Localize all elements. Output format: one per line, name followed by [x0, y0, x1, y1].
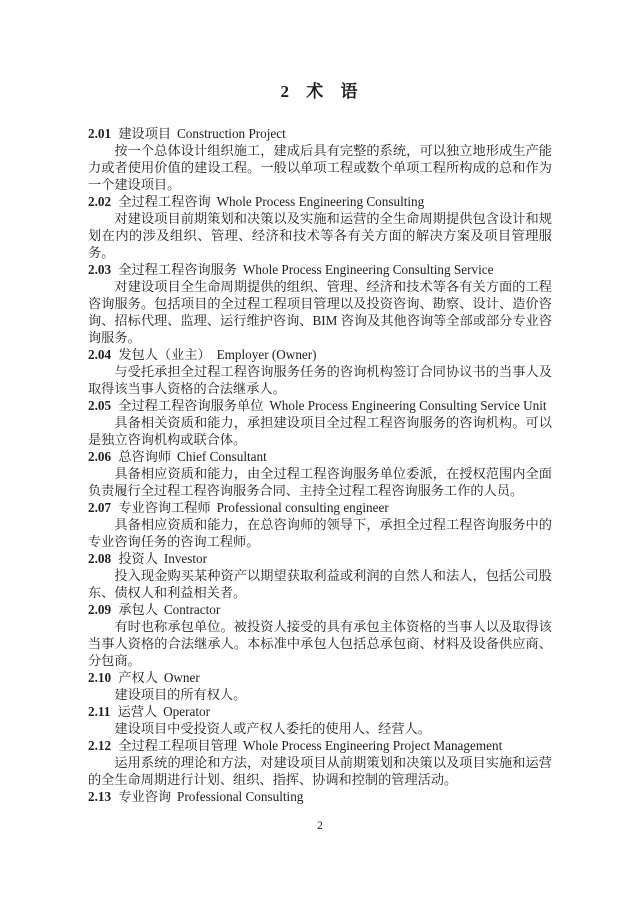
- term-number: 2.02: [88, 194, 111, 209]
- term-heading: 2.01建设项目Construction Project: [88, 125, 552, 142]
- term-definition: 具备相关资质和能力，承担建设项目全过程工程咨询服务的咨询机构。可以是独立咨询机构…: [88, 414, 552, 448]
- term-definition: 对建设项目前期策划和决策以及实施和运营的全生命周期提供包含设计和规划在内的涉及组…: [88, 210, 552, 261]
- term-name-en: Whole Process Engineering Consulting Ser…: [269, 398, 546, 413]
- term-number: 2.08: [88, 551, 111, 566]
- term-section-2-01: 2.01建设项目Construction Project 按一个总体设计组织施工…: [88, 125, 552, 193]
- term-heading: 2.09承包人Contractor: [88, 601, 552, 618]
- term-number: 2.07: [88, 500, 111, 515]
- term-definition: 建设项目的所有权人。: [88, 686, 552, 703]
- term-heading: 2.07专业咨询工程师Professional consulting engin…: [88, 499, 552, 516]
- term-name-cn: 运营人: [118, 704, 158, 719]
- term-definition: 具备相应资质和能力，在总咨询师的领导下，承担全过程工程咨询服务中的专业咨询任务的…: [88, 516, 552, 550]
- term-name-en: Employer (Owner): [217, 347, 317, 362]
- term-section-2-06: 2.06总咨询师Chief Consultant 具备相应资质和能力，由全过程工…: [88, 448, 552, 499]
- term-number: 2.10: [88, 670, 111, 685]
- term-definition: 对建设项目全生命周期提供的组织、管理、经济和技术等各有关方面的工程咨询服务。包括…: [88, 278, 552, 346]
- term-section-2-04: 2.04发包人（业主）Employer (Owner) 与受托承担全过程工程咨询…: [88, 346, 552, 397]
- term-name-cn: 总咨询师: [118, 449, 171, 464]
- term-section-2-11: 2.11运营人Operator 建设项目中受投资人或产权人委托的使用人、经营人。: [88, 703, 552, 737]
- term-section-2-12: 2.12全过程工程项目管理Whole Process Engineering P…: [88, 737, 552, 788]
- term-name-en: Whole Process Engineering Project Manage…: [243, 738, 502, 753]
- term-heading: 2.11运营人Operator: [88, 703, 552, 720]
- term-number: 2.09: [88, 602, 111, 617]
- term-section-2-07: 2.07专业咨询工程师Professional consulting engin…: [88, 499, 552, 550]
- term-name-en: Chief Consultant: [177, 449, 267, 464]
- term-name-cn: 投资人: [118, 551, 158, 566]
- term-name-cn: 发包人（业主）: [118, 347, 210, 362]
- term-number: 2.13: [88, 789, 111, 804]
- chapter-title: 2 术 语: [88, 82, 552, 102]
- term-section-2-10: 2.10产权人Owner 建设项目的所有权人。: [88, 669, 552, 703]
- term-section-2-05: 2.05全过程工程咨询服务单位Whole Process Engineering…: [88, 397, 552, 448]
- document-page: 2 术 语 2.01建设项目Construction Project 按一个总体…: [0, 0, 640, 905]
- term-name-en: Construction Project: [177, 126, 286, 141]
- term-number: 2.01: [88, 126, 111, 141]
- term-number: 2.03: [88, 262, 111, 277]
- term-section-2-09: 2.09承包人Contractor 有时也称承包单位。被投资人接受的具有承包主体…: [88, 601, 552, 669]
- term-definition: 具备相应资质和能力，由全过程工程咨询服务单位委派，在授权范围内全面负责履行全过程…: [88, 465, 552, 499]
- page-number: 2: [88, 819, 552, 833]
- term-number: 2.04: [88, 347, 111, 362]
- term-name-en: Investor: [164, 551, 207, 566]
- term-name-cn: 产权人: [118, 670, 158, 685]
- term-definition: 运用系统的理论和方法，对建设项目从前期策划和决策以及项目实施和运营的全生命周期进…: [88, 754, 552, 788]
- term-heading: 2.03全过程工程咨询服务Whole Process Engineering C…: [88, 261, 552, 278]
- term-number: 2.12: [88, 738, 111, 753]
- term-name-en: Operator: [163, 704, 210, 719]
- term-number: 2.11: [88, 704, 110, 719]
- term-heading: 2.06总咨询师Chief Consultant: [88, 448, 552, 465]
- term-heading: 2.04发包人（业主）Employer (Owner): [88, 346, 552, 363]
- term-section-2-13: 2.13专业咨询Professional Consulting: [88, 788, 552, 805]
- term-heading: 2.13专业咨询Professional Consulting: [88, 788, 552, 805]
- term-heading: 2.08投资人Investor: [88, 550, 552, 567]
- term-name-cn: 专业咨询工程师: [118, 500, 210, 515]
- term-section-2-02: 2.02全过程工程咨询Whole Process Engineering Con…: [88, 193, 552, 261]
- term-section-2-03: 2.03全过程工程咨询服务Whole Process Engineering C…: [88, 261, 552, 346]
- term-definition: 投入现金购买某种资产以期望获取利益或利润的自然人和法人，包括公司股东、债权人和利…: [88, 567, 552, 601]
- term-name-en: Professional Consulting: [177, 789, 303, 804]
- term-name-cn: 全过程工程项目管理: [118, 738, 237, 753]
- term-section-2-08: 2.08投资人Investor 投入现金购买某种资产以期望获取利益或利润的自然人…: [88, 550, 552, 601]
- term-name-cn: 全过程工程咨询服务单位: [118, 398, 263, 413]
- term-definition: 与受托承担全过程工程咨询服务任务的咨询机构签订合同协议书的当事人及取得该当事人资…: [88, 363, 552, 397]
- term-name-cn: 承包人: [118, 602, 158, 617]
- term-name-en: Whole Process Engineering Consulting: [217, 194, 425, 209]
- term-name-cn: 建设项目: [118, 126, 171, 141]
- term-name-en: Professional consulting engineer: [217, 500, 389, 515]
- term-name-cn: 专业咨询: [118, 789, 171, 804]
- term-heading: 2.12全过程工程项目管理Whole Process Engineering P…: [88, 737, 552, 754]
- term-definition: 按一个总体设计组织施工，建成后具有完整的系统，可以独立地形成生产能力或者使用价值…: [88, 142, 552, 193]
- term-name-cn: 全过程工程咨询: [118, 194, 210, 209]
- term-name-en: Contractor: [164, 602, 220, 617]
- term-heading: 2.05全过程工程咨询服务单位Whole Process Engineering…: [88, 397, 552, 414]
- term-number: 2.06: [88, 449, 111, 464]
- term-name-en: Owner: [164, 670, 200, 685]
- term-definition: 有时也称承包单位。被投资人接受的具有承包主体资格的当事人以及取得该当事人资格的合…: [88, 618, 552, 669]
- term-heading: 2.10产权人Owner: [88, 669, 552, 686]
- term-definition: 建设项目中受投资人或产权人委托的使用人、经营人。: [88, 720, 552, 737]
- term-number: 2.05: [88, 398, 111, 413]
- term-name-en: Whole Process Engineering Consulting Ser…: [243, 262, 494, 277]
- term-name-cn: 全过程工程咨询服务: [118, 262, 237, 277]
- terms-list: 2.01建设项目Construction Project 按一个总体设计组织施工…: [88, 125, 552, 805]
- term-heading: 2.02全过程工程咨询Whole Process Engineering Con…: [88, 193, 552, 210]
